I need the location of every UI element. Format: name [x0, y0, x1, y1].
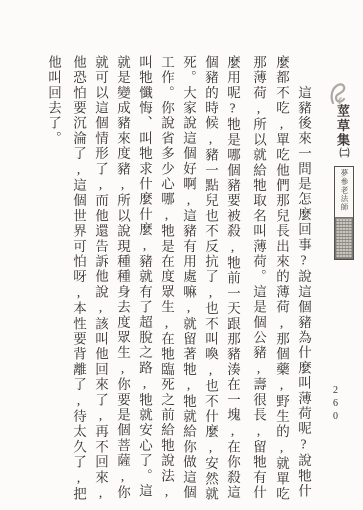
- text-column-11: 他恐怕要沉淪了,這個世界可怕呀,本性要背離了,待太久了,把: [70, 55, 87, 503]
- text-column-6: 死。大家說這個好啊,這豬有用處嘛,就留著牠,牠就給你做這個: [180, 55, 197, 503]
- text-column-2: 麼都不吃,單吃他們那兒長出來的薄荷,那個藥,野生的,就單吃: [273, 55, 290, 503]
- book-page: 莖草集㈡ 夢參老法師 260 這豬後來一問是怎麼回事?說這個豬為什麼叫薄荷呢?說…: [0, 0, 363, 510]
- text-column-7: 工作。你說省多少心哪,牠是在度眾生,在牠臨死之前給牠說法,: [158, 55, 175, 503]
- text-column-4: 麼用呢?牠是哪個豬要被殺,牠前一天跟那豬湊在一塊,在你殺這: [224, 55, 241, 503]
- book-volume: ㈡: [337, 148, 348, 158]
- text-column-12: 他叫回去了。: [45, 55, 62, 503]
- text-column-3: 那薄荷,所以就給牠取名叫薄荷。這是個公豬,壽很長,留牠有什: [250, 55, 267, 503]
- book-title-text: 莖草集: [335, 104, 350, 148]
- imprint-label: 夢參老法師: [335, 169, 353, 215]
- imprint-stamp-block: [335, 217, 353, 259]
- text-column-1: 這豬後來一問是怎麼回事?說這個豬為什麼叫薄荷呢?說牠什: [295, 55, 312, 503]
- text-column-8: 叫牠懺悔、叫牠求什麼什麼,豬就有了超脫之路,牠就安心了。這: [136, 55, 153, 503]
- page-number: 260: [330, 385, 341, 425]
- imprint-box: 夢參老法師: [334, 166, 354, 260]
- book-title: 莖草集㈡: [333, 104, 351, 168]
- text-column-5: 個豬的時候,豬一點兒也不反抗了,也不叫喚,也不什麼,安然就: [202, 55, 219, 503]
- text-column-9: 就是變成豬來度豬,所以說現種種身去度眾生,你要是個菩薩,你: [114, 55, 131, 503]
- text-column-10: 就可以這個情形了,而他還告訴他說,該叫他回來了,再不回來,: [92, 55, 109, 503]
